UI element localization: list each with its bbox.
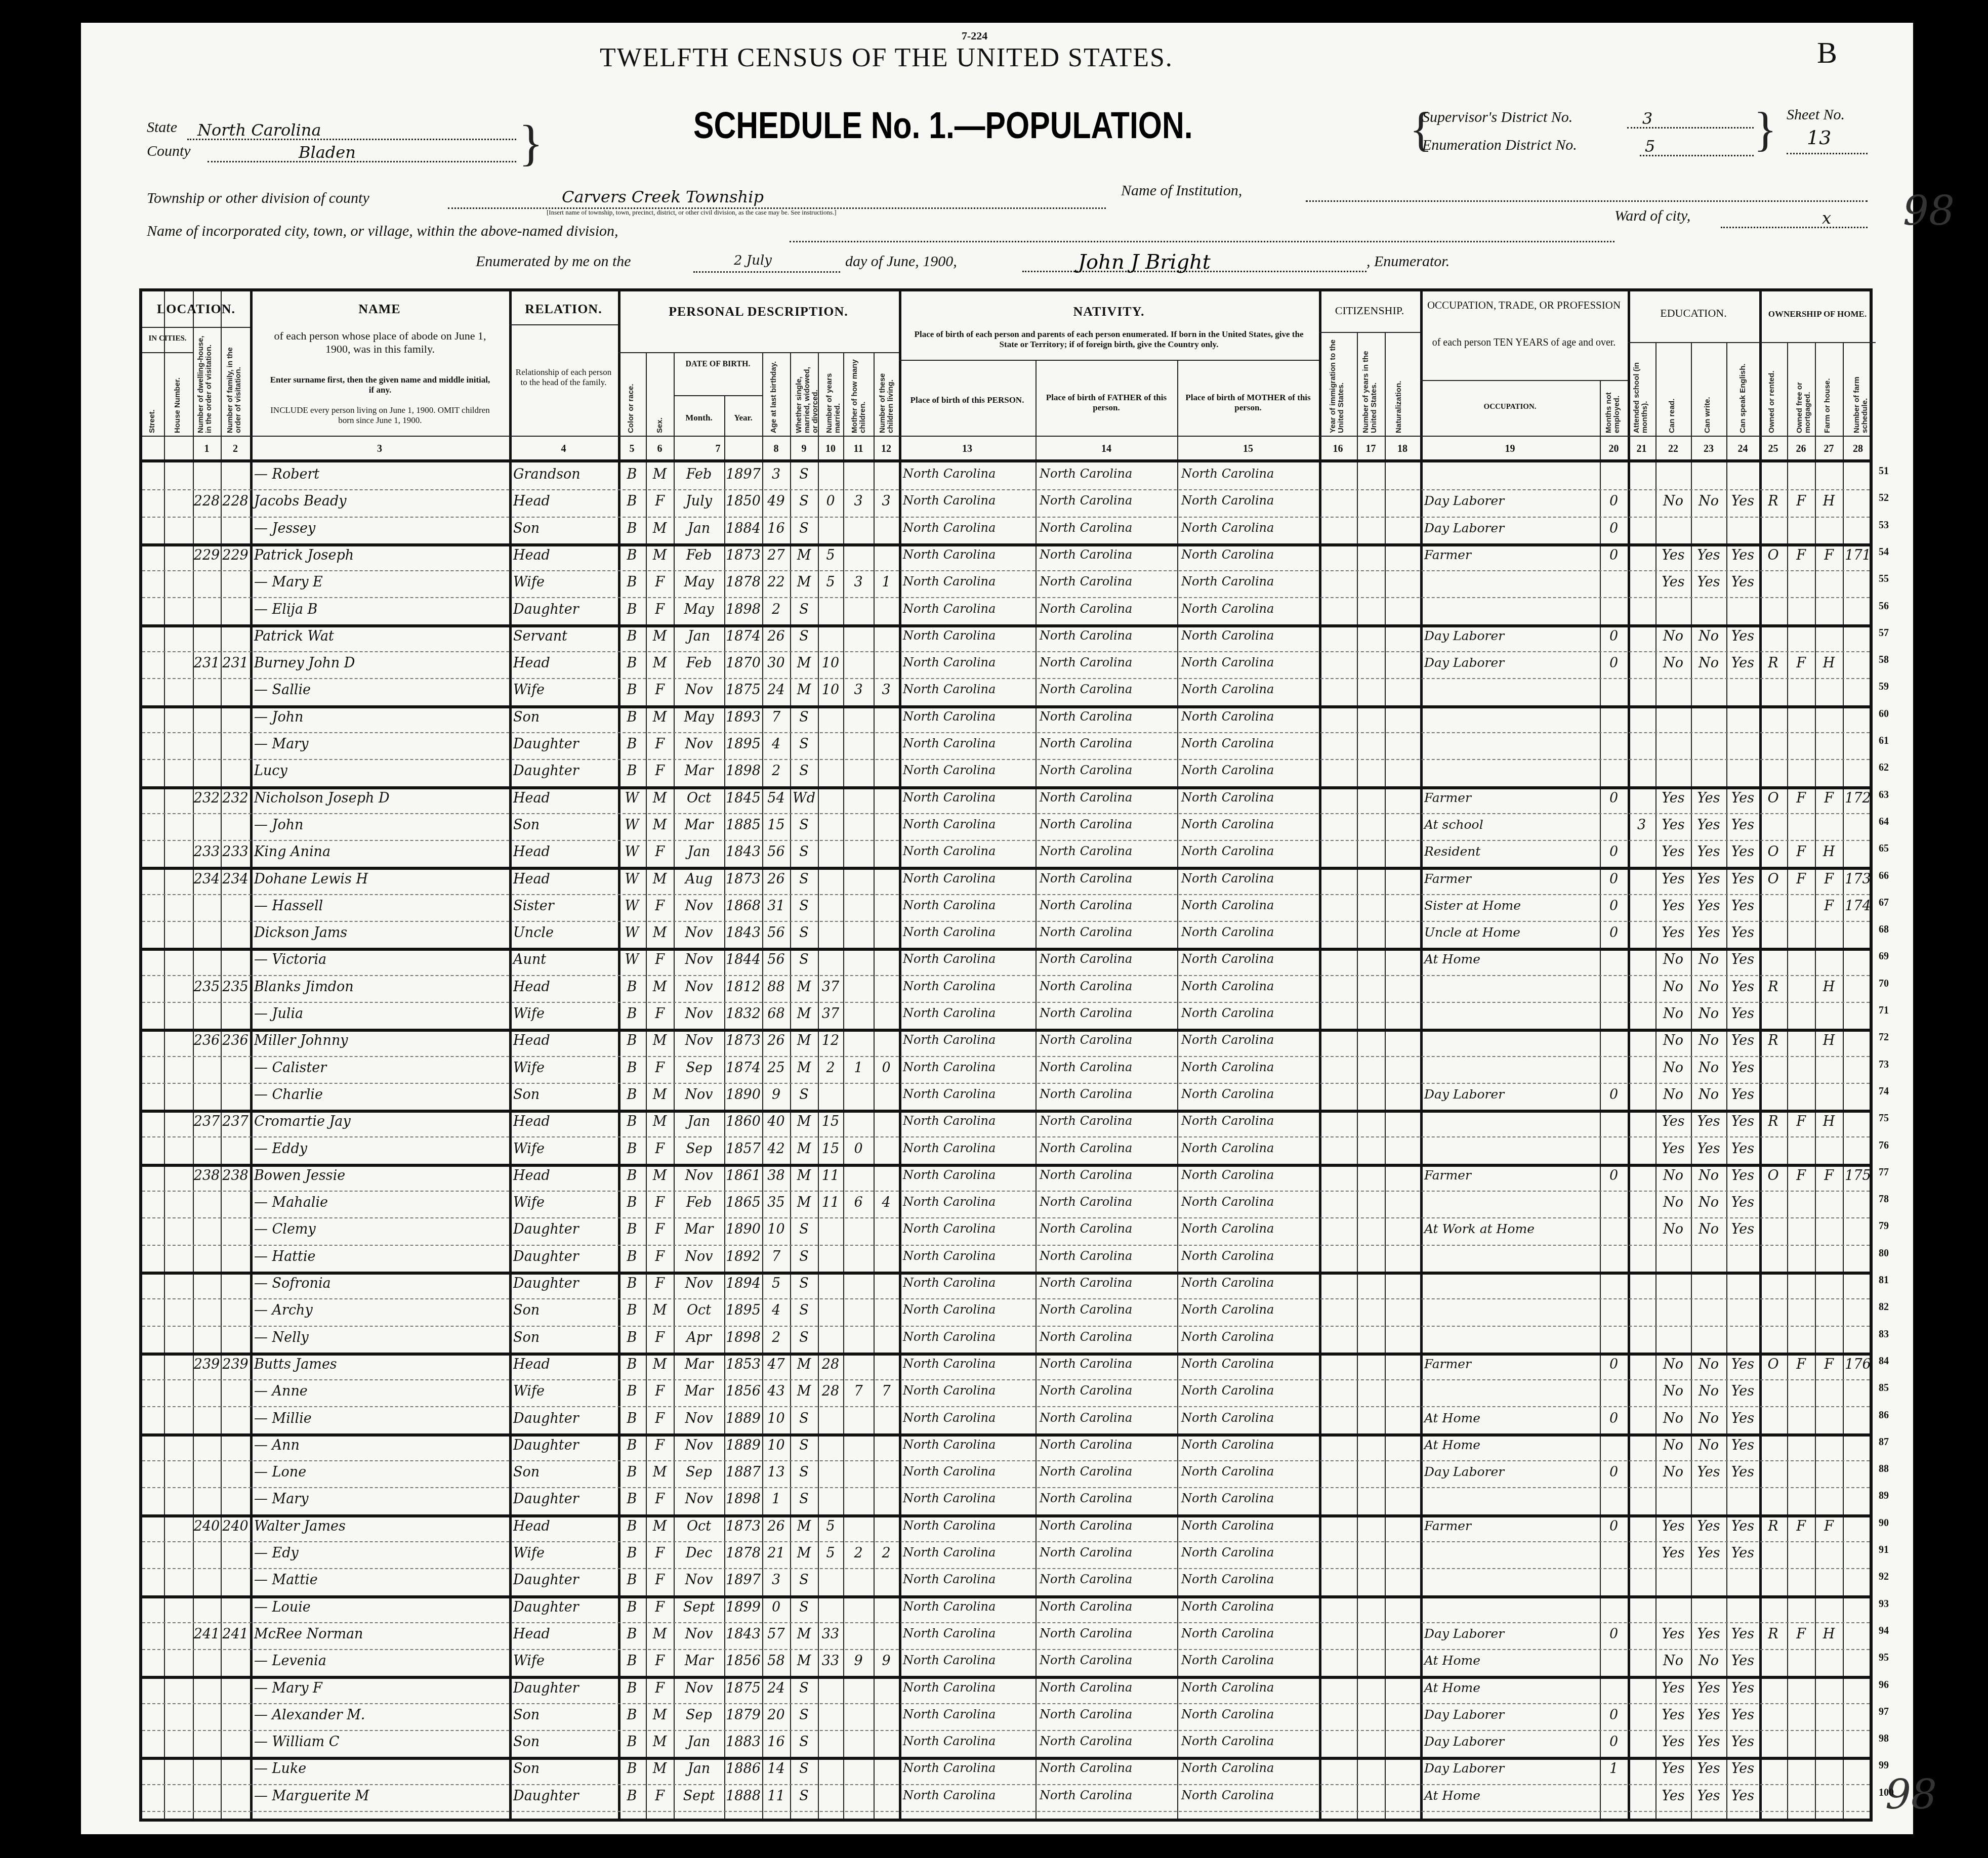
cell-year: 1898 [724, 763, 762, 785]
cell-chl [874, 1141, 899, 1163]
cell-fsch [1843, 682, 1873, 704]
cell-bf: North Carolina [1036, 1761, 1181, 1783]
cell-occ [1420, 1302, 1604, 1325]
cell-age: 26 [762, 628, 790, 651]
cell-mar: S [790, 1572, 818, 1594]
cell-year: 1898 [724, 602, 762, 624]
cell-farm: H [1815, 844, 1843, 866]
cell-chl [874, 736, 899, 758]
cell-eng [1726, 736, 1759, 758]
table-row: — AnnDaughterBFNov188910SNorth CarolinaN… [142, 1434, 1870, 1461]
cell-mar: S [790, 602, 818, 624]
cell-sch [1628, 1114, 1655, 1136]
cell-eng: Yes [1726, 1114, 1759, 1136]
table-row: 231231Burney John DHeadBMFeb187030M10Nor… [142, 652, 1870, 679]
cell-mort: F [1787, 871, 1815, 894]
cell-farm [1815, 574, 1843, 597]
table-row: — Elija BDaughterBFMay18982SNorth Caroli… [142, 599, 1870, 625]
cell-month: Nov [674, 1033, 724, 1055]
cell-bm: North Carolina [1177, 1195, 1323, 1217]
cell-fam [221, 1464, 250, 1487]
cell-name: — Mary F [250, 1680, 513, 1703]
cell-mar: M [790, 1357, 818, 1379]
cell-race: B [618, 1491, 646, 1513]
cell-bm: North Carolina [1177, 521, 1323, 543]
cell-occ: Farmer [1420, 1168, 1604, 1190]
cell-mar: M [790, 1195, 818, 1217]
cell-mar: S [790, 1734, 818, 1756]
cell-eng [1726, 709, 1759, 732]
cell-sch [1628, 1545, 1655, 1568]
cell-name: Butts James [250, 1357, 513, 1379]
cell-dw [193, 1006, 221, 1028]
cell-farm [1815, 952, 1843, 974]
cell-dw [193, 1734, 221, 1756]
cell-own: R [1759, 1626, 1787, 1649]
line-number: 77 [1879, 1167, 1889, 1178]
cell-fsch [1843, 1707, 1873, 1729]
cell-farm: F [1815, 790, 1843, 813]
cell-dw: 234 [193, 871, 221, 894]
cell-occ [1420, 602, 1604, 624]
cell-write [1691, 736, 1726, 758]
cell-mort [1787, 1330, 1815, 1352]
cell-fam [221, 602, 250, 624]
cell-mne [1600, 979, 1628, 1001]
table-row: 241241McRee NormanHeadBMNov184357M33Nort… [142, 1623, 1870, 1650]
header-name-instr2: INCLUDE every person living on June 1, 1… [269, 405, 491, 426]
cell-bm: North Carolina [1177, 1087, 1323, 1109]
cell-bp: North Carolina [899, 898, 1040, 920]
cell-fam [221, 682, 250, 704]
cell-bm: North Carolina [1177, 1060, 1323, 1082]
line-number: 52 [1879, 492, 1889, 504]
cell-occ [1420, 1060, 1604, 1082]
cell-year: 1873 [724, 871, 762, 894]
cell-bm: North Carolina [1177, 709, 1323, 732]
cell-write: No [1691, 493, 1726, 516]
cell-occ [1420, 1599, 1604, 1622]
cell-mne: 0 [1600, 1087, 1628, 1109]
cell-write: No [1691, 1357, 1726, 1379]
table-row: — William CSonBMJan188316SNorth Carolina… [142, 1731, 1870, 1758]
cell-race: B [618, 682, 646, 704]
cell-read: No [1655, 1195, 1691, 1217]
table-row: — RobertGrandsonBMFeb18973SNorth Carolin… [142, 463, 1870, 490]
cell-mne: 0 [1600, 1518, 1628, 1541]
cell-fam [221, 1087, 250, 1109]
vheader-children-living: Number of these children living. [879, 357, 895, 433]
cell-farm [1815, 1464, 1843, 1487]
colnum: 22 [1655, 443, 1691, 455]
cell-ch [843, 1006, 874, 1028]
cell-mne [1600, 1438, 1628, 1460]
cell-own [1759, 1734, 1787, 1756]
table-row: — NellySonBFApr18982SNorth CarolinaNorth… [142, 1327, 1870, 1354]
institution-field [1306, 182, 1868, 202]
cell-race: B [618, 1411, 646, 1433]
cell-chl [874, 1033, 899, 1055]
cell-read [1655, 1330, 1691, 1352]
cell-rel: Head [509, 1168, 622, 1190]
cell-yrs [818, 1572, 843, 1594]
cell-mne [1600, 602, 1628, 624]
cell-bf: North Carolina [1036, 1411, 1181, 1433]
cell-fsch: 173 [1843, 871, 1873, 894]
cell-chl [874, 1168, 899, 1190]
line-number: 73 [1879, 1059, 1889, 1071]
cell-fsch [1843, 1249, 1873, 1271]
cell-year: 1850 [724, 493, 762, 516]
cell-dw [193, 1545, 221, 1568]
colnum: 4 [509, 443, 618, 455]
table-row: — LeveniaWifeBFMar185658M3399North Carol… [142, 1650, 1870, 1677]
cell-fam [221, 1006, 250, 1028]
cell-month: Jan [674, 1734, 724, 1756]
cell-sch [1628, 709, 1655, 732]
cell-age: 1 [762, 1491, 790, 1513]
cell-dw [193, 1707, 221, 1729]
enumeration-field: 5 [1640, 137, 1754, 156]
cell-eng: Yes [1726, 1734, 1759, 1756]
cell-farm: F [1815, 1168, 1843, 1190]
cell-month: Nov [674, 1249, 724, 1271]
cell-name: — Robert [250, 467, 513, 489]
cell-sch [1628, 1330, 1655, 1352]
table-row: 233233King AninaHeadWFJan184356SNorth Ca… [142, 841, 1870, 868]
cell-read: No [1655, 1033, 1691, 1055]
vheader-street: Street. [148, 360, 156, 433]
cell-own [1759, 1302, 1787, 1325]
cell-mne: 0 [1600, 1464, 1628, 1487]
line-number: 64 [1879, 816, 1889, 828]
cell-age: 3 [762, 1572, 790, 1594]
cell-write: Yes [1691, 1545, 1726, 1568]
cell-mar: Wd [790, 790, 818, 813]
table-row: — ArchySonBMOct18954SNorth CarolinaNorth… [142, 1299, 1870, 1326]
cell-own [1759, 628, 1787, 651]
cell-occ: At Home [1420, 952, 1604, 974]
cell-month: Nov [674, 1626, 724, 1649]
cell-race: B [618, 1141, 646, 1163]
cell-occ: At Home [1420, 1680, 1604, 1703]
cell-read: Yes [1655, 817, 1691, 839]
cell-own [1759, 1249, 1787, 1271]
cell-name: Burney John D [250, 655, 513, 678]
cell-chl: 2 [874, 1545, 899, 1568]
line-number: 85 [1879, 1382, 1889, 1394]
cell-bf: North Carolina [1036, 1383, 1181, 1406]
cell-farm [1815, 1572, 1843, 1594]
cell-own [1759, 602, 1787, 624]
population-table: LOCATION. IN CITIES. NAME of each person… [139, 288, 1873, 1822]
cell-race: W [618, 844, 646, 866]
cell-yrs: 37 [818, 979, 843, 1001]
cell-race: B [618, 1626, 646, 1649]
cell-sch [1628, 1707, 1655, 1729]
cell-sch [1628, 1168, 1655, 1190]
cell-bm: North Carolina [1177, 763, 1323, 785]
cell-race: B [618, 1599, 646, 1622]
cell-race: B [618, 1006, 646, 1028]
cell-mne: 0 [1600, 1626, 1628, 1649]
cell-chl [874, 628, 899, 651]
cell-fsch [1843, 467, 1873, 489]
cell-mne [1600, 1033, 1628, 1055]
vheader-farm-house: Farm or house. [1824, 345, 1832, 433]
cell-write: No [1691, 1383, 1726, 1406]
cell-eng: Yes [1726, 493, 1759, 516]
cell-race: B [618, 1302, 646, 1325]
ward-field: x [1721, 208, 1868, 228]
cell-race: W [618, 871, 646, 894]
cell-rel: Son [509, 1734, 622, 1756]
cell-farm [1815, 1141, 1843, 1163]
table-row: — MillieDaughterBFNov188910SNorth Caroli… [142, 1408, 1870, 1434]
header-relation-desc: Relationship of each person to the head … [514, 367, 613, 388]
cell-sch [1628, 844, 1655, 866]
colnum: 18 [1385, 443, 1420, 455]
cell-ch [843, 1033, 874, 1055]
cell-mort [1787, 574, 1815, 597]
cell-eng: Yes [1726, 844, 1759, 866]
cell-yrs [818, 709, 843, 732]
cell-bm: North Carolina [1177, 1357, 1323, 1379]
cell-sex: M [646, 1357, 674, 1379]
cell-bm: North Carolina [1177, 1491, 1323, 1513]
township-value: Carvers Creek Township [562, 187, 764, 206]
cell-bm: North Carolina [1177, 1680, 1323, 1703]
cell-fsch [1843, 493, 1873, 516]
cell-farm [1815, 1545, 1843, 1568]
table-row: 235235Blanks JimdonHeadBMNov181288M37Nor… [142, 976, 1870, 1003]
cell-sex: F [646, 682, 674, 704]
schedule-title: SCHEDULE No. 1.—POPULATION. [693, 104, 1193, 147]
cell-write [1691, 1249, 1726, 1271]
cell-sex: M [646, 1626, 674, 1649]
cell-own [1759, 709, 1787, 732]
colnum: 26 [1787, 443, 1815, 455]
line-number: 82 [1879, 1301, 1889, 1313]
cell-mort [1787, 817, 1815, 839]
table-row: — JohnSonWMMar188515SNorth CarolinaNorth… [142, 814, 1870, 841]
cell-rel: Uncle [509, 925, 622, 947]
cell-month: Feb [674, 655, 724, 678]
cell-bf: North Carolina [1036, 1680, 1181, 1703]
cell-dw [193, 1302, 221, 1325]
cell-race: B [618, 1734, 646, 1756]
cell-race: B [618, 1383, 646, 1406]
cell-month: Apr [674, 1330, 724, 1352]
cell-read [1655, 763, 1691, 785]
cell-age: 10 [762, 1411, 790, 1433]
cell-own [1759, 736, 1787, 758]
cell-farm: F [1815, 898, 1843, 920]
cell-name: — Marguerite M [250, 1788, 513, 1810]
cell-own [1759, 898, 1787, 920]
cell-fam [221, 1221, 250, 1244]
cell-farm: F [1815, 547, 1843, 570]
cell-farm [1815, 1249, 1843, 1271]
cell-bm: North Carolina [1177, 682, 1323, 704]
cell-bf: North Carolina [1036, 574, 1181, 597]
cell-race: B [618, 1438, 646, 1460]
cell-own: R [1759, 493, 1787, 516]
cell-write: Yes [1691, 1788, 1726, 1810]
cell-bm: North Carolina [1177, 1221, 1323, 1244]
supervisor-value: 3 [1642, 109, 1652, 128]
cell-sch [1628, 952, 1655, 974]
cell-age: 40 [762, 1114, 790, 1136]
colnum: 16 [1319, 443, 1357, 455]
cell-dw [193, 1788, 221, 1810]
cell-own [1759, 925, 1787, 947]
cell-ch [843, 763, 874, 785]
cell-race: B [618, 1060, 646, 1082]
cell-age: 35 [762, 1195, 790, 1217]
cell-ch [843, 1302, 874, 1325]
cell-month: Mar [674, 1357, 724, 1379]
cell-mar: M [790, 655, 818, 678]
cell-yrs: 0 [818, 493, 843, 516]
cell-write: No [1691, 655, 1726, 678]
cell-ch [843, 467, 874, 489]
cell-sex: F [646, 1221, 674, 1244]
cell-dw: 229 [193, 547, 221, 570]
cell-ch [843, 1087, 874, 1109]
cell-ch [843, 1491, 874, 1513]
cell-name: Cromartie Jay [250, 1114, 513, 1136]
cell-race: B [618, 1545, 646, 1568]
cell-bp: North Carolina [899, 1141, 1040, 1163]
cell-year: 1865 [724, 1195, 762, 1217]
cell-occ: Day Laborer [1420, 628, 1604, 651]
cell-read [1655, 521, 1691, 543]
cell-fsch [1843, 844, 1873, 866]
cell-bf: North Carolina [1036, 979, 1181, 1001]
line-number: 80 [1879, 1248, 1889, 1259]
cell-yrs: 37 [818, 1006, 843, 1028]
cell-chl [874, 952, 899, 974]
cell-bp: North Carolina [899, 1788, 1040, 1810]
table-row: — MaryDaughterBFNov18981SNorth CarolinaN… [142, 1488, 1870, 1515]
line-number: 53 [1879, 520, 1889, 531]
cell-fam [221, 1680, 250, 1703]
cell-rel: Wife [509, 1141, 622, 1163]
cell-bm: North Carolina [1177, 925, 1323, 947]
cell-name: — Julia [250, 1006, 513, 1028]
colnum: 6 [646, 443, 674, 455]
line-number: 51 [1879, 466, 1889, 477]
cell-fsch [1843, 1491, 1873, 1513]
cell-bf: North Carolina [1036, 1545, 1181, 1568]
cell-age: 5 [762, 1276, 790, 1298]
cell-mne: 0 [1600, 790, 1628, 813]
cell-chl [874, 1221, 899, 1244]
cell-age: 4 [762, 736, 790, 758]
cell-rel: Head [509, 979, 622, 1001]
cell-mne: 0 [1600, 628, 1628, 651]
cell-read: Yes [1655, 844, 1691, 866]
cell-eng: Yes [1726, 790, 1759, 813]
cell-mort [1787, 1033, 1815, 1055]
cell-mort [1787, 979, 1815, 1001]
cell-mort: F [1787, 844, 1815, 866]
cell-mne [1600, 1383, 1628, 1406]
cell-bf: North Carolina [1036, 1221, 1181, 1244]
cell-sch: 3 [1628, 817, 1655, 839]
cell-race: W [618, 925, 646, 947]
cell-fsch [1843, 1518, 1873, 1541]
cell-year: 1890 [724, 1221, 762, 1244]
cell-fam [221, 1734, 250, 1756]
cell-bp: North Carolina [899, 1168, 1040, 1190]
cell-farm [1815, 1087, 1843, 1109]
cell-farm [1815, 1680, 1843, 1703]
cell-write: No [1691, 1221, 1726, 1244]
cell-write: No [1691, 1060, 1726, 1082]
colnum: 28 [1843, 443, 1873, 455]
cell-year: 1894 [724, 1276, 762, 1298]
cell-dw [193, 1195, 221, 1217]
cell-bp: North Carolina [899, 1491, 1040, 1513]
line-number: 88 [1879, 1463, 1889, 1475]
cell-race: B [618, 1518, 646, 1541]
cell-fam [221, 1249, 250, 1271]
cell-name: — Victoria [250, 952, 513, 974]
cell-year: 1874 [724, 628, 762, 651]
table-row: — SallieWifeBFNov187524M1033North Caroli… [142, 679, 1870, 706]
cell-year: 1885 [724, 817, 762, 839]
cell-sch [1628, 736, 1655, 758]
cell-dw [193, 1680, 221, 1703]
cell-mne [1600, 1302, 1628, 1325]
cell-bf: North Carolina [1036, 871, 1181, 894]
table-row: — ClemyDaughterBFMar189010SNorth Carolin… [142, 1218, 1870, 1245]
cell-rel: Head [509, 844, 622, 866]
cell-write [1691, 521, 1726, 543]
cell-fam [221, 709, 250, 732]
cell-age: 20 [762, 1707, 790, 1729]
cell-mort [1787, 1302, 1815, 1325]
cell-month: Sep [674, 1060, 724, 1082]
cell-own [1759, 1599, 1787, 1622]
cell-name: — Mahalie [250, 1195, 513, 1217]
cell-name: Nicholson Joseph D [250, 790, 513, 813]
cell-write: No [1691, 1653, 1726, 1675]
cell-read: No [1655, 1383, 1691, 1406]
cell-write: No [1691, 1438, 1726, 1460]
cell-age: 30 [762, 655, 790, 678]
brace-right-2: } [1754, 101, 1777, 157]
cell-rel: Servant [509, 628, 622, 651]
cell-fam [221, 925, 250, 947]
line-number: 92 [1879, 1571, 1889, 1583]
cell-write: Yes [1691, 871, 1726, 894]
cell-mar: M [790, 1114, 818, 1136]
cell-year: 1853 [724, 1357, 762, 1379]
cell-sex: M [646, 925, 674, 947]
cell-own [1759, 763, 1787, 785]
cell-bf: North Carolina [1036, 925, 1181, 947]
cell-eng: Yes [1726, 1060, 1759, 1082]
cell-occ [1420, 1276, 1604, 1298]
cell-dw: 231 [193, 655, 221, 678]
cell-own: O [1759, 871, 1787, 894]
cell-yrs [818, 1411, 843, 1433]
cell-chl [874, 1518, 899, 1541]
cell-eng [1726, 682, 1759, 704]
